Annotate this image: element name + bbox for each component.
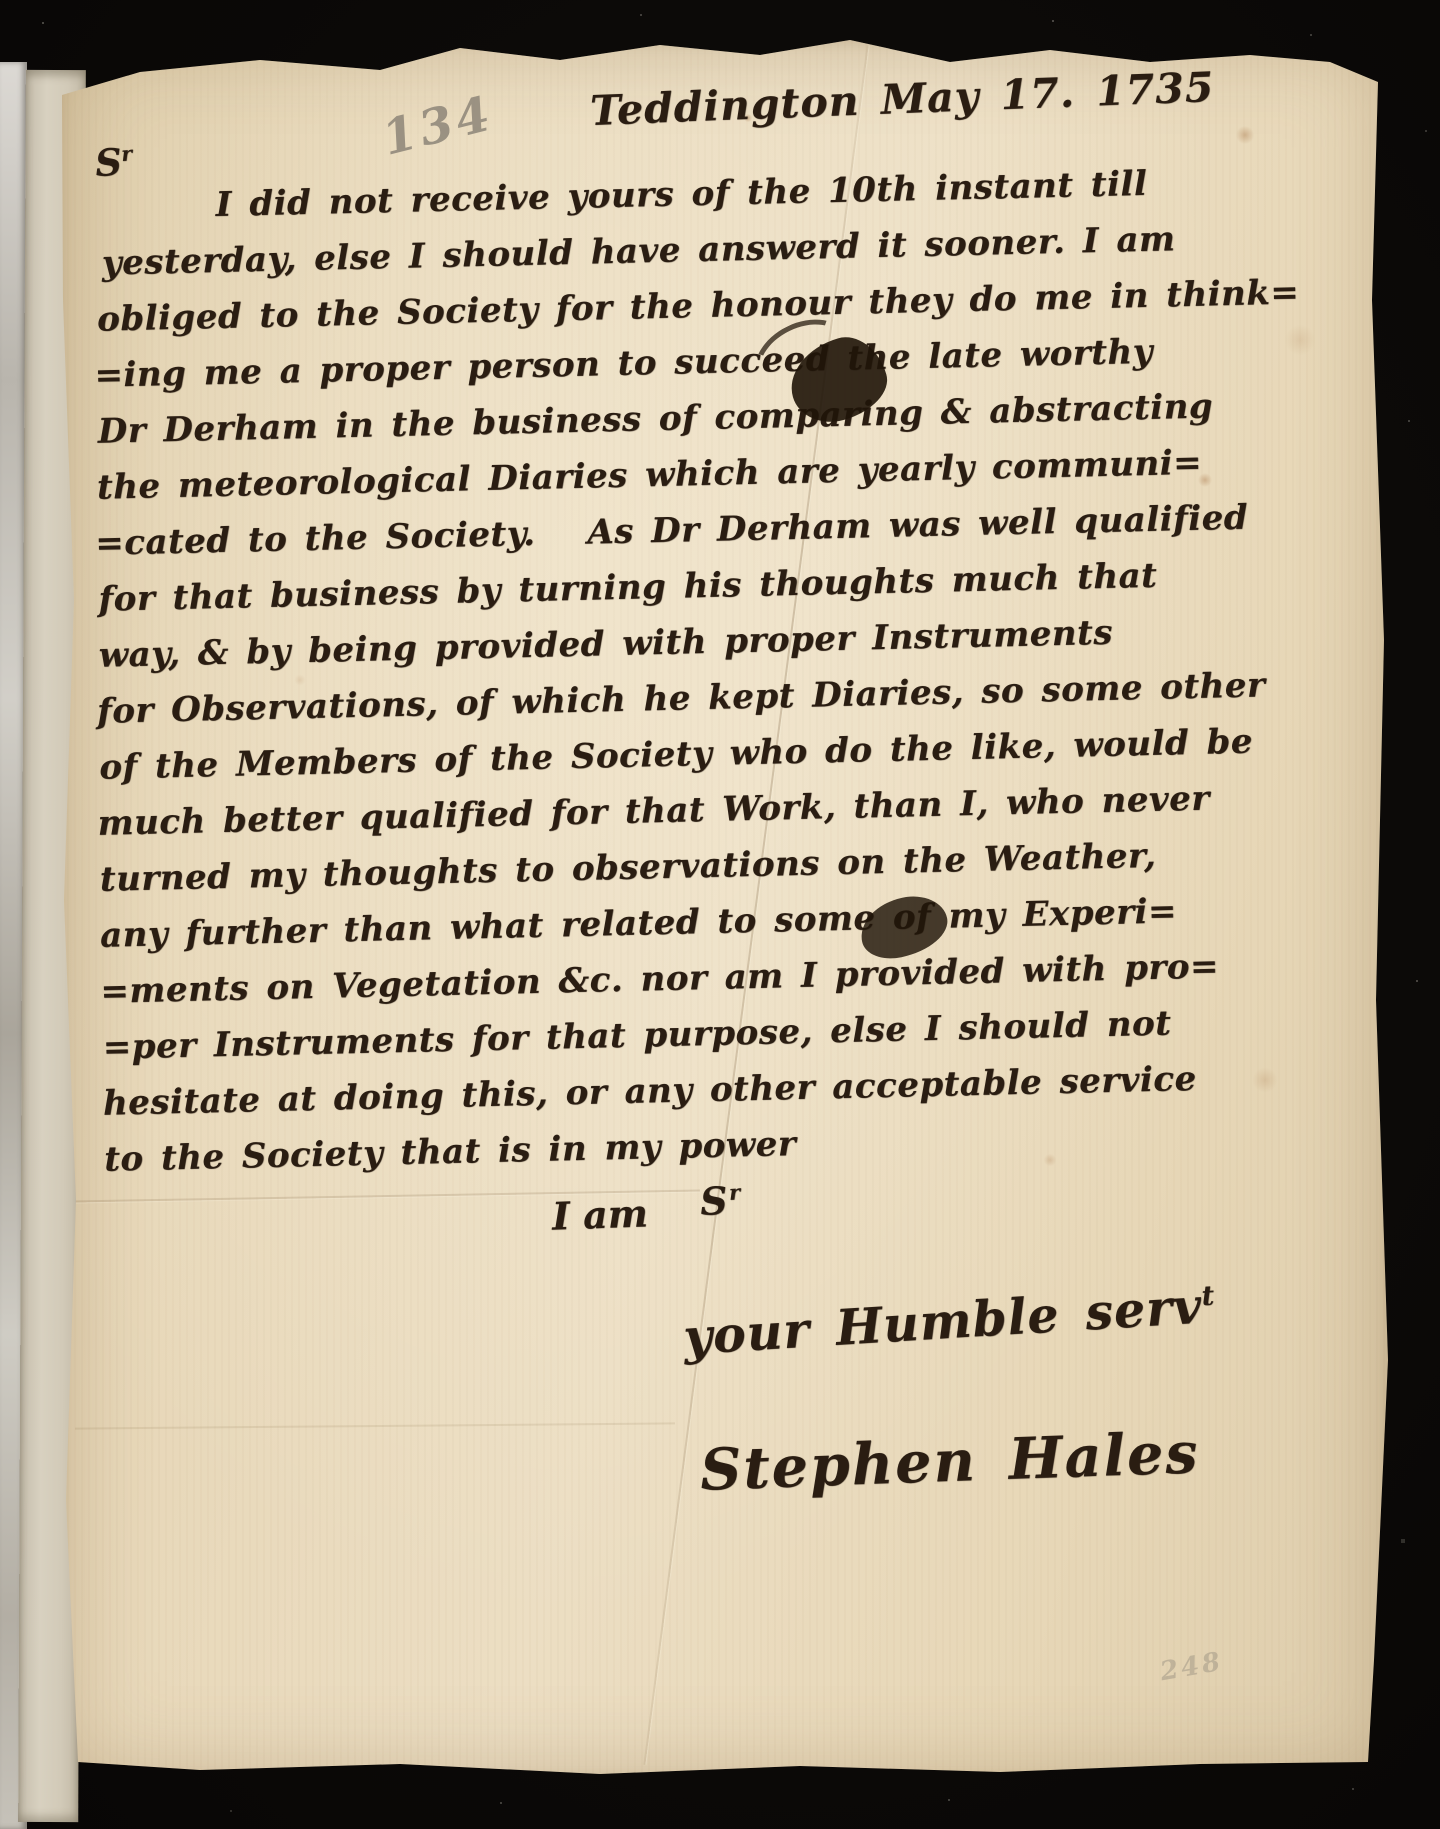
scan-background: 134 Teddington May 17. 1735 Sr I did not… (0, 0, 1440, 1829)
closing-sir-superscript: r (728, 1179, 740, 1205)
letter-body: I did not receive yours of the 10th inst… (82, 151, 1405, 1188)
closing-sir: Sr (699, 1177, 742, 1224)
closing-sir-text: S (699, 1178, 731, 1224)
closing-i-am: I am (551, 1190, 648, 1238)
letter-page: 134 Teddington May 17. 1735 Sr I did not… (60, 40, 1390, 1780)
valediction-superscript: t (1201, 1280, 1215, 1312)
dust-specks (0, 0, 2, 2)
salutation-superscript: r (120, 141, 132, 166)
